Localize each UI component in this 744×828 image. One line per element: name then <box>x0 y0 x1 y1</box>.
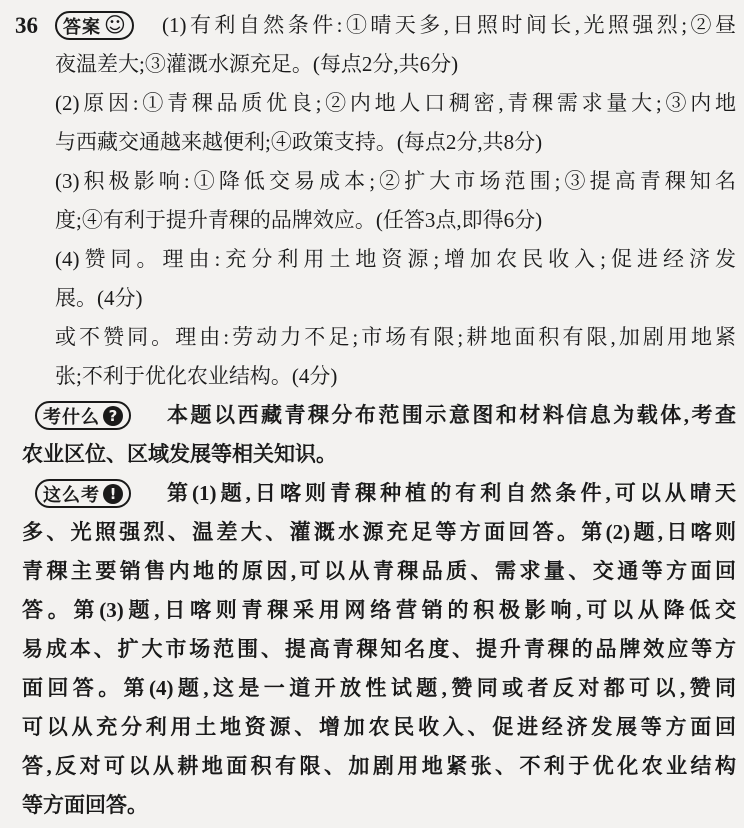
answer-text-line: 或不赞同。理由:劳动力不足;市场有限;耕地面积有限,加剧用地紧 <box>55 318 736 357</box>
question-mark-icon: ? <box>103 406 123 426</box>
exclamation-icon: ! <box>103 484 123 504</box>
how-it-is-tested-badge: 这么考 ! <box>35 479 131 508</box>
how-badge-label: 这么考 <box>43 481 100 507</box>
how-first-row: 这么考 ! 第(1)题,日喀则青稞种植的有利自然条件,可以从晴天 <box>22 474 736 513</box>
explain-text-line: 面回答。第(4)题,这是一道开放性试题,赞同或者反对都可以,赞同 <box>22 669 736 708</box>
explain-text-line: 等方面回答。 <box>22 786 736 825</box>
answer-badge-label: 答案 <box>63 13 101 39</box>
explain-text-line: 青稞主要销售内地的原因,可以从青稞品质、需求量、交通等方面回 <box>22 552 736 591</box>
answer-text-line: (2)原因:①青稞品质优良;②内地人口稠密,青稞需求量大;③内地 <box>55 84 736 123</box>
answer-text-line: 度;④有利于提升青稞的品牌效应。(任答3点,即得6分) <box>55 201 736 240</box>
question-number: 36 <box>15 6 38 45</box>
explain-text-line: 易成本、扩大市场范围、提高青稞知名度、提升青稞的品牌效应等方 <box>22 630 736 669</box>
smiley-icon: ☺ <box>104 15 126 36</box>
explain-text-line: 可以从充分利用土地资源、增加农民收入、促进经济发展等方面回 <box>22 708 736 747</box>
answer-text-line: 与西藏交通越来越便利;④政策支持。(每点2分,共8分) <box>55 123 736 162</box>
what-badge-label: 考什么 <box>43 403 100 429</box>
document-page: 36 答案 ☺ (1)有利自然条件:①晴天多,日照时间长,光照强烈;②昼 夜温差… <box>0 0 744 828</box>
answer-text-line: (1)有利自然条件:①晴天多,日照时间长,光照强烈;②昼 <box>162 6 736 45</box>
explain-text-line: 本题以西藏青稞分布范围示意图和材料信息为载体,考查 <box>167 396 736 435</box>
answer-text-line: 展。(4分) <box>55 279 736 318</box>
explain-text-line: 答,反对可以从耕地面积有限、加剧用地紧张、不利于优化农业结构 <box>22 747 736 786</box>
how-it-is-tested-section: 这么考 ! 第(1)题,日喀则青稞种植的有利自然条件,可以从晴天 多、光照强烈、… <box>22 474 736 825</box>
what-first-row: 考什么 ? 本题以西藏青稞分布范围示意图和材料信息为载体,考查 <box>22 396 736 435</box>
answer-text-line: (4)赞同。理由:充分利用土地资源;增加农民收入;促进经济发 <box>55 240 736 279</box>
explain-text-line: 多、光照强烈、温差大、灌溉水源充足等方面回答。第(2)题,日喀则 <box>22 513 736 552</box>
answer-text-line: 张;不利于优化农业结构。(4分) <box>55 357 736 396</box>
explain-text-line: 答。第(3)题,日喀则青稞采用网络营销的积极影响,可以从降低交 <box>22 591 736 630</box>
answer-section: 36 答案 ☺ (1)有利自然条件:①晴天多,日照时间长,光照强烈;②昼 夜温差… <box>55 6 736 396</box>
answer-badge: 答案 ☺ <box>55 11 134 40</box>
answer-text-line: 夜温差大;③灌溉水源充足。(每点2分,共6分) <box>55 45 736 84</box>
what-is-tested-section: 考什么 ? 本题以西藏青稞分布范围示意图和材料信息为载体,考查 农业区位、区域发… <box>22 396 736 474</box>
answer-text-line: (3)积极影响:①降低交易成本;②扩大市场范围;③提高青稞知名 <box>55 162 736 201</box>
what-is-tested-badge: 考什么 ? <box>35 401 131 430</box>
explain-text-line: 第(1)题,日喀则青稞种植的有利自然条件,可以从晴天 <box>167 474 736 513</box>
answer-first-row: 36 答案 ☺ (1)有利自然条件:①晴天多,日照时间长,光照强烈;②昼 <box>55 6 736 45</box>
explain-text-line: 农业区位、区域发展等相关知识。 <box>22 435 736 474</box>
